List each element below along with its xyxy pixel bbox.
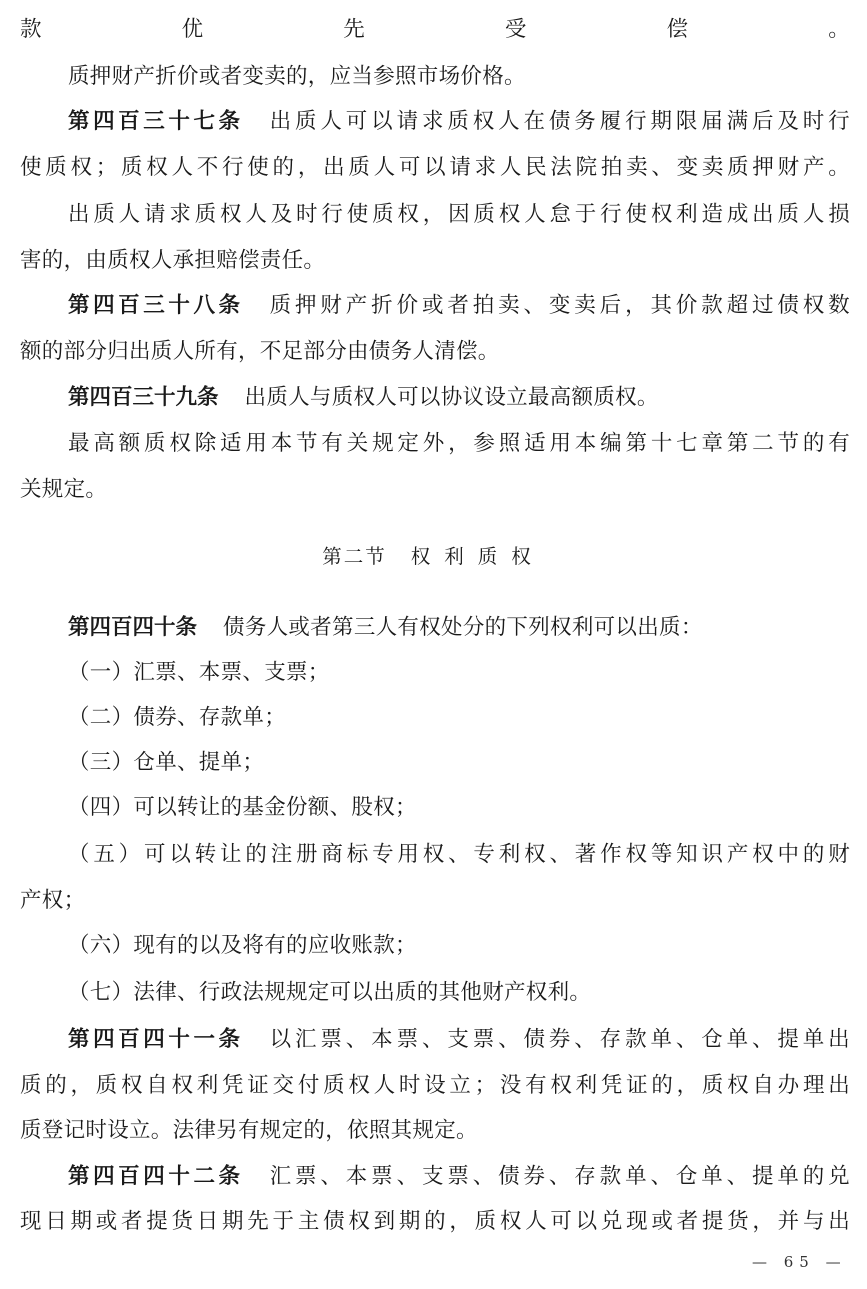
list-item: （一）汇票、本票、支票； bbox=[68, 658, 850, 688]
line-text: 关规定。 bbox=[20, 477, 107, 502]
section-title: 权利质权 bbox=[411, 545, 545, 568]
article-437-line: 第四百三十七条出质人可以请求质权人在债务履行期限届满后及时行 bbox=[68, 107, 850, 137]
paragraph-line: 出质人请求质权人及时行使质权，因质权人怠于行使权利造成出质人损 bbox=[68, 200, 850, 230]
line-text: 质押财产折价或者变卖的，应当参照市场价格。 bbox=[68, 64, 526, 89]
paragraph-line: 质登记时设立。法律另有规定的，依照其规定。 bbox=[20, 1116, 850, 1146]
line-text: 使质权；质权人不行使的，出质人可以请求人民法院拍卖、变卖质押财产。 bbox=[20, 155, 850, 180]
paragraph-line: 关规定。 bbox=[20, 475, 850, 505]
line-text: 债务人或者第三人有权处分的下列权利可以出质： bbox=[223, 615, 703, 640]
line-text: （二）债券、存款单； bbox=[68, 705, 286, 730]
line-text: 产权； bbox=[20, 888, 85, 913]
article-number: 第四百三十八条 bbox=[68, 293, 244, 318]
line-text: （三）仓单、提单； bbox=[68, 750, 264, 775]
article-442-line: 第四百四十二条汇票、本票、支票、债券、存款单、仓单、提单的兑 bbox=[68, 1162, 850, 1192]
article-439-line: 第四百三十九条出质人与质权人可以协议设立最高额质权。 bbox=[68, 383, 850, 413]
line-text: 害的，由质权人承担赔偿责任。 bbox=[20, 248, 325, 273]
list-item: （七）法律、行政法规规定可以出质的其他财产权利。 bbox=[68, 978, 850, 1008]
paragraph-line: 现日期或者提货日期先于主债权到期的，质权人可以兑现或者提货，并与出 bbox=[20, 1207, 850, 1237]
line-text: 汇票、本票、支票、债券、存款单、仓单、提单的兑 bbox=[270, 1164, 850, 1189]
line-text: 现日期或者提货日期先于主债权到期的，质权人可以兑现或者提货，并与出 bbox=[20, 1209, 850, 1234]
page-number: — 65 — bbox=[752, 1250, 847, 1274]
article-441-line: 第四百四十一条以汇票、本票、支票、债券、存款单、仓单、提单出 bbox=[68, 1025, 850, 1055]
paragraph-line: 质的，质权自权利凭证交付质权人时设立；没有权利凭证的，质权自办理出 bbox=[20, 1071, 850, 1101]
list-item: （二）债券、存款单； bbox=[68, 703, 850, 733]
line-text: （四）可以转让的基金份额、股权； bbox=[68, 795, 417, 820]
list-item-continuation: 产权； bbox=[20, 886, 850, 916]
paragraph-line: 质押财产折价或者变卖的，应当参照市场价格。 bbox=[68, 62, 850, 92]
line-text: （七）法律、行政法规规定可以出质的其他财产权利。 bbox=[68, 980, 591, 1005]
article-number: 第四百四十二条 bbox=[68, 1164, 244, 1189]
line-text: 质登记时设立。法律另有规定的，依照其规定。 bbox=[20, 1118, 478, 1143]
article-number: 第四百三十七条 bbox=[68, 109, 244, 134]
paragraph-line: 额的部分归出质人所有，不足部分由债务人清偿。 bbox=[20, 337, 850, 367]
list-item: （四）可以转让的基金份额、股权； bbox=[68, 793, 850, 823]
section-heading: 第二节权利质权 bbox=[0, 542, 867, 572]
paragraph-line: 款优先受偿。 bbox=[20, 15, 850, 45]
line-text: 额的部分归出质人所有，不足部分由债务人清偿。 bbox=[20, 339, 500, 364]
article-438-line: 第四百三十八条质押财产折价或者拍卖、变卖后，其价款超过债权数 bbox=[68, 291, 850, 321]
paragraph-line: 害的，由质权人承担赔偿责任。 bbox=[20, 246, 850, 276]
article-440-line: 第四百四十条债务人或者第三人有权处分的下列权利可以出质： bbox=[68, 613, 850, 643]
article-number: 第四百四十一条 bbox=[68, 1027, 244, 1052]
article-number: 第四百三十九条 bbox=[68, 385, 219, 410]
line-text: 出质人可以请求质权人在债务履行期限届满后及时行 bbox=[270, 109, 850, 134]
list-item: （六）现有的以及将有的应收账款； bbox=[68, 931, 850, 961]
line-text: 出质人请求质权人及时行使质权，因质权人怠于行使权利造成出质人损 bbox=[68, 202, 850, 227]
paragraph-line: 最高额质权除适用本节有关规定外，参照适用本编第十七章第二节的有 bbox=[68, 429, 850, 459]
line-text: （五）可以转让的注册商标专用权、专利权、著作权等知识产权中的财 bbox=[68, 842, 850, 867]
line-text: （六）现有的以及将有的应收账款； bbox=[68, 933, 417, 958]
article-number: 第四百四十条 bbox=[68, 615, 197, 640]
line-text: （一）汇票、本票、支票； bbox=[68, 660, 330, 685]
line-text: 出质人与质权人可以协议设立最高额质权。 bbox=[245, 385, 659, 410]
line-text: 以汇票、本票、支票、债券、存款单、仓单、提单出 bbox=[270, 1027, 850, 1052]
line-text: 质的，质权自权利凭证交付质权人时设立；没有权利凭证的，质权自办理出 bbox=[20, 1073, 850, 1098]
list-item: （三）仓单、提单； bbox=[68, 748, 850, 778]
line-text: 质押财产折价或者拍卖、变卖后，其价款超过债权数 bbox=[270, 293, 850, 318]
line-text: 款优先受偿。 bbox=[20, 17, 850, 42]
section-prefix: 第二节 bbox=[322, 545, 387, 568]
paragraph-line: 使质权；质权人不行使的，出质人可以请求人民法院拍卖、变卖质押财产。 bbox=[20, 153, 850, 183]
list-item: （五）可以转让的注册商标专用权、专利权、著作权等知识产权中的财 bbox=[68, 840, 850, 870]
line-text: 最高额质权除适用本节有关规定外，参照适用本编第十七章第二节的有 bbox=[68, 431, 850, 456]
